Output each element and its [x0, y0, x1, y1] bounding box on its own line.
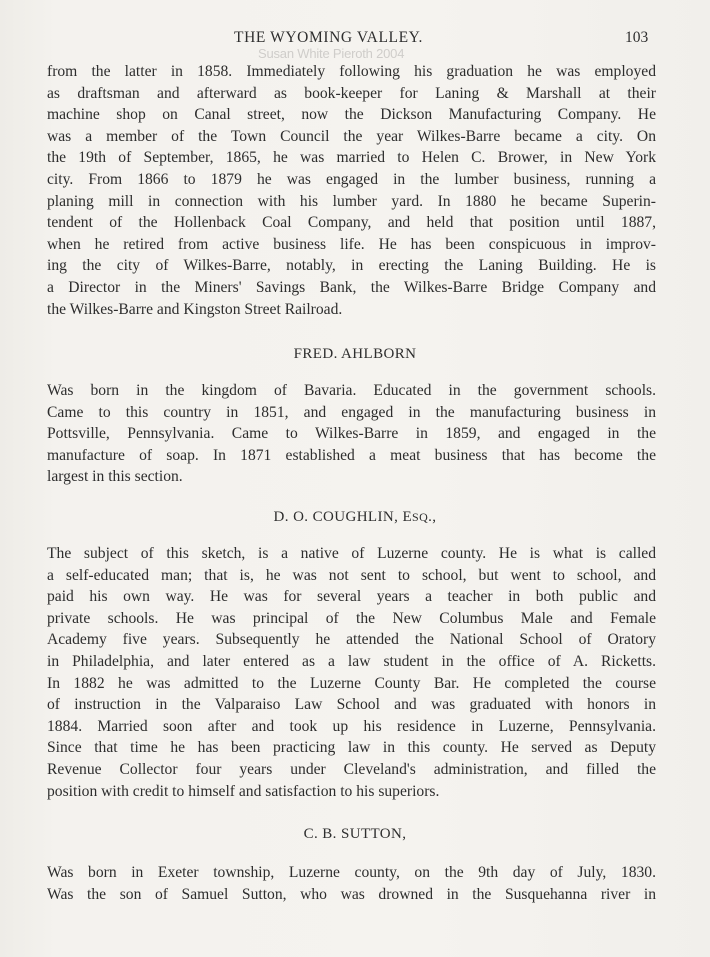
text-line: Came to this country in 1851, and engage…: [47, 402, 656, 424]
text-line: The subject of this sketch, is a native …: [47, 543, 656, 565]
text-line: 1884. Married soon after and took up his…: [47, 716, 656, 738]
heading-title-smallcaps: SQ: [412, 510, 428, 524]
book-page: THE WYOMING VALLEY. 103 Susan White Pier…: [0, 0, 710, 957]
running-title: THE WYOMING VALLEY.: [234, 29, 423, 47]
text-line: paid his own way. He was for several yea…: [47, 586, 656, 608]
text-line: a self-educated man; that is, he was not…: [47, 565, 656, 587]
text-line: Pottsville, Pennsylvania. Came to Wilkes…: [47, 423, 656, 445]
heading-title-end: .,: [428, 509, 436, 525]
text-line: Academy five years. Subsequently he atte…: [47, 629, 656, 651]
text-line: tendent of the Hollenback Coal Company, …: [47, 212, 656, 234]
text-line: planing mill in connection with his lumb…: [47, 191, 656, 213]
section-heading-coughlin: D. O. COUGHLIN, ESQ.,: [0, 509, 710, 526]
text-line: position with credit to himself and sati…: [47, 781, 656, 803]
text-line: Was born in Exeter township, Luzerne cou…: [47, 862, 656, 884]
text-line: private schools. He was principal of the…: [47, 608, 656, 630]
page-number: 103: [625, 29, 648, 47]
text-line: In 1882 he was admitted to the Luzerne C…: [47, 673, 656, 695]
paragraph-continuation: from the latter in 1858. Immediately fol…: [47, 61, 656, 320]
text-line: a Director in the Miners' Savings Bank, …: [47, 277, 656, 299]
section-heading-ahlborn: FRED. AHLBORN: [0, 346, 710, 363]
text-line: largest in this section.: [47, 466, 656, 488]
paragraph-coughlin: The subject of this sketch, is a native …: [47, 543, 656, 802]
text-line: in Philadelphia, and later entered as a …: [47, 651, 656, 673]
text-line: the 19th of September, 1865, he was marr…: [47, 147, 656, 169]
heading-name: D. O. COUGHLIN,: [274, 509, 399, 525]
text-line: machine shop on Canal street, now the Di…: [47, 104, 656, 126]
text-line: was a member of the Town Council the yea…: [47, 126, 656, 148]
text-line: manufacture of soap. In 1871 established…: [47, 445, 656, 467]
text-line: when he retired from active business lif…: [47, 234, 656, 256]
text-line: as draftsman and afterward as book-keepe…: [47, 83, 656, 105]
text-line: the Wilkes-Barre and Kingston Street Rai…: [47, 299, 656, 321]
text-line: city. From 1866 to 1879 he was engaged i…: [47, 169, 656, 191]
paragraph-ahlborn: Was born in the kingdom of Bavaria. Educ…: [47, 380, 656, 488]
text-line: Was born in the kingdom of Bavaria. Educ…: [47, 380, 656, 402]
heading-title-initial: E: [402, 509, 412, 525]
section-heading-sutton: C. B. SUTTON,: [0, 826, 710, 843]
text-line: of instruction in the Valparaiso Law Sch…: [47, 694, 656, 716]
text-line: from the latter in 1858. Immediately fol…: [47, 61, 656, 83]
text-line: Was the son of Samuel Sutton, who was dr…: [47, 884, 656, 906]
text-line: ing the city of Wilkes-Barre, notably, i…: [47, 255, 656, 277]
watermark: Susan White Pieroth 2004: [258, 46, 404, 61]
text-line: Revenue Collector four years under Cleve…: [47, 759, 656, 781]
text-line: Since that time he has been practicing l…: [47, 737, 656, 759]
paragraph-sutton: Was born in Exeter township, Luzerne cou…: [47, 862, 656, 905]
